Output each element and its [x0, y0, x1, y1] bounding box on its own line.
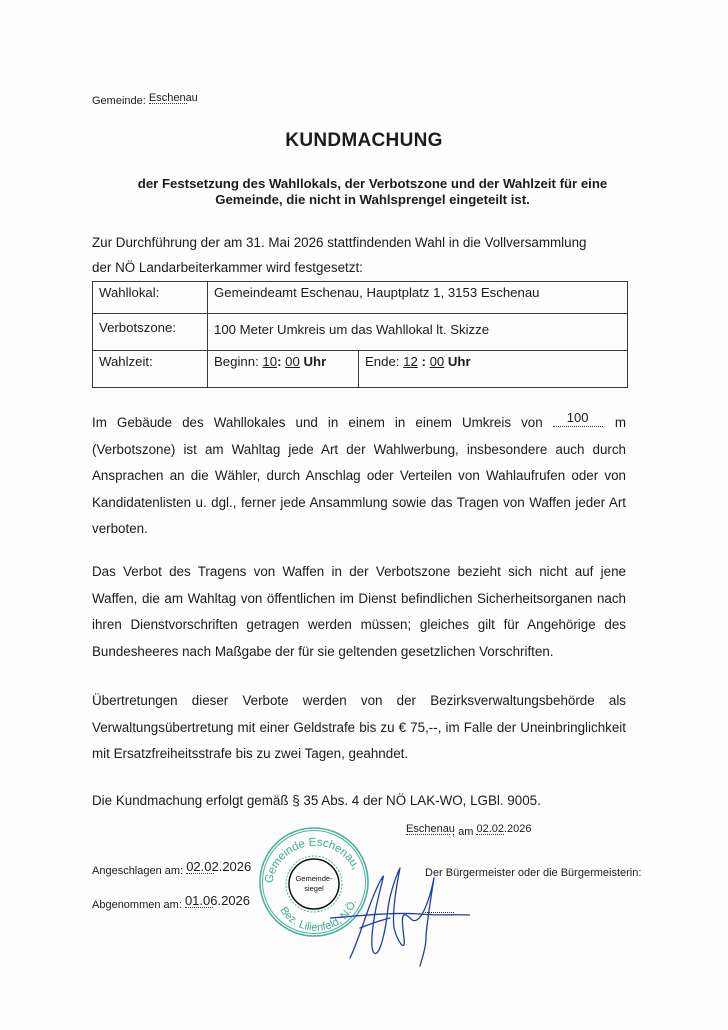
- intro-line: der NÖ Landarbeiterkammer wird festgeset…: [92, 255, 637, 280]
- stamp-inner-line: siegel: [304, 884, 324, 893]
- time-separator: :: [421, 354, 425, 369]
- table-row-verbotszone: Verbotszone: 100 Meter Umkreis um das Wa…: [93, 314, 628, 351]
- gemeinde-value: Eschenau: [149, 92, 198, 104]
- paragraph-strafe: Übertretungen dieser Verbote werden von …: [92, 688, 626, 768]
- document-date: 02.02.2026: [476, 823, 531, 835]
- paragraph-text: Im Gebäude des Wahllokales und in einem …: [92, 415, 543, 430]
- gemeinde-label: Gemeinde:: [92, 95, 146, 107]
- paragraph-first-line: Im Gebäude des Wahllokales und in einem …: [92, 410, 626, 437]
- end-time: Ende: 12 : 00 Uhr: [359, 351, 628, 388]
- table-row-wahlzeit: Wahlzeit: Beginn: 10: 00 Uhr Ende: 12 : …: [93, 351, 628, 388]
- begin-hour: 10: [262, 354, 277, 369]
- row-label: Wahllokal:: [93, 282, 208, 314]
- paragraph-text: (Verbotszone) ist am Wahltag jede Art de…: [92, 437, 626, 543]
- row-value: 100 Meter Umkreis um das Wahllokal lt. S…: [208, 314, 628, 351]
- row-label: Wahlzeit:: [93, 351, 208, 388]
- begin-time: Beginn: 10: 00 Uhr: [208, 351, 359, 388]
- row-value: Gemeindeamt Eschenau, Hauptplatz 1, 3153…: [208, 282, 628, 314]
- intro-line: Zur Durchführung der am 31. Mai 2026 sta…: [92, 230, 637, 255]
- paragraph-waffen: Das Verbot des Tragens von Waffen in der…: [92, 559, 626, 665]
- begin-minute: 00: [285, 354, 300, 369]
- end-label: Ende:: [365, 354, 399, 369]
- posted-date-field: Angeschlagen am: 02.02.2026: [92, 865, 246, 877]
- subtitle-line: der Festsetzung des Wahllokals, der Verb…: [100, 176, 645, 192]
- radius-value: 100: [567, 405, 589, 432]
- signature-scribble: [330, 858, 470, 968]
- intro-text: Zur Durchführung der am 31. Mai 2026 sta…: [92, 230, 637, 280]
- radius-unit: m: [615, 415, 626, 430]
- page-title: KUNDMACHUNG: [0, 130, 728, 152]
- end-hour: 12: [403, 354, 418, 369]
- place-date: Eschenau , am 02.02.2026: [406, 826, 516, 838]
- place-value: Eschenau: [406, 823, 455, 835]
- removed-label: Abgenommen am:: [92, 899, 182, 911]
- removed-date-field: Abgenommen am: 01.06.2026: [92, 899, 245, 911]
- paragraph-verbotszone: Im Gebäude des Wahllokales und in einem …: [92, 410, 626, 543]
- end-minute: 00: [430, 354, 445, 369]
- am-label: , am: [452, 826, 473, 838]
- time-unit: Uhr: [304, 354, 327, 369]
- subtitle-line: Gemeinde, die nicht in Wahlsprengel eing…: [100, 192, 645, 208]
- removed-date: 01.06.2026: [185, 893, 250, 908]
- election-info-table: Wahllokal: Gemeindeamt Eschenau, Hauptpl…: [92, 281, 628, 388]
- time-unit: Uhr: [448, 354, 471, 369]
- subtitle: der Festsetzung des Wahllokals, der Verb…: [100, 176, 645, 208]
- time-separator: :: [277, 354, 281, 369]
- paragraph-rechtsgrundlage: Die Kundmachung erfolgt gemäß § 35 Abs. …: [92, 788, 626, 815]
- gemeinde-field: Gemeinde: Eschenau: [92, 95, 195, 107]
- posted-label: Angeschlagen am:: [92, 865, 183, 877]
- table-row-wahllokal: Wahllokal: Gemeindeamt Eschenau, Hauptpl…: [93, 282, 628, 314]
- stamp-inner-line: Gemeinde-: [295, 874, 333, 883]
- row-label: Verbotszone:: [93, 314, 208, 351]
- posted-date: 02.02.2026: [186, 859, 251, 874]
- begin-label: Beginn:: [214, 354, 259, 369]
